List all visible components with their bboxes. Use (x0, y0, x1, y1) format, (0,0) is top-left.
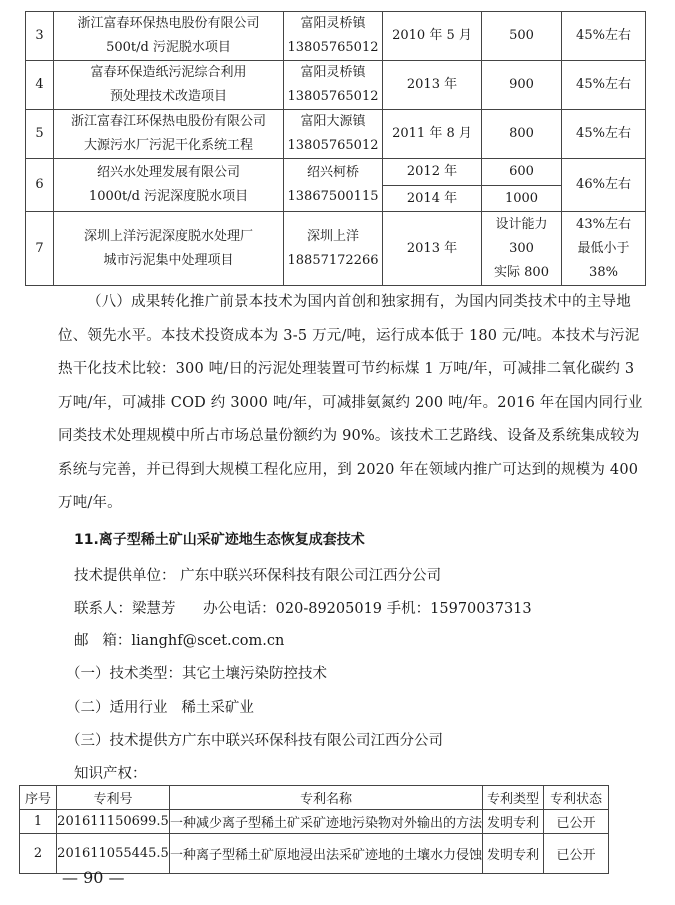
section-8-paragraph: （八）成果转化推广前景本技术为国内首创和独家拥有，为国内同类技术中的主导地位、领… (58, 286, 648, 521)
project-name: 富春环保造纸污泥综合利用预处理技术改造项目 (54, 61, 284, 110)
header-patent-name: 专利名称 (170, 786, 483, 810)
date: 2012 年 (383, 159, 482, 186)
tech-type-line: （一）技术类型：其它土壤污染防控技术 (66, 662, 327, 683)
provider-line: 技术提供单位： 广东中联兴环保科技有限公司江西分公司 (74, 564, 441, 585)
project-name: 深圳上洋污泥深度脱水处理厂城市污泥集中处理项目 (54, 212, 284, 286)
cell-patent-name: 一种离子型稀土矿原地浸出法采矿迹地的土壤水力侵蚀 (170, 834, 483, 874)
capacity: 900 (482, 61, 562, 110)
moisture: 46%左右 (562, 159, 646, 212)
supplier-line: （三）技术提供方广东中联兴环保科技有限公司江西分公司 (66, 729, 443, 750)
project-name: 浙江富春环保热电股份有限公司500t/d 污泥脱水项目 (54, 12, 284, 61)
cell-patent-name: 一种减少离子型稀土矿采矿迹地污染物对外输出的方法 (170, 810, 483, 834)
date: 2011 年 8 月 (383, 110, 482, 159)
capacity: 600 (482, 159, 562, 186)
table-header-row: 序号 专利号 专利名称 专利类型 专利状态 (20, 786, 609, 810)
row-number: 4 (26, 61, 54, 110)
table-row: 7 深圳上洋污泥深度脱水处理厂城市污泥集中处理项目 深圳上洋1885717226… (26, 212, 646, 286)
project-name: 绍兴水处理发展有限公司1000t/d 污泥深度脱水项目 (54, 159, 284, 212)
date: 2013 年 (383, 61, 482, 110)
table-row: 3 浙江富春环保热电股份有限公司500t/d 污泥脱水项目 富阳灵桥镇13805… (26, 12, 646, 61)
contact-line: 联系人：梁慧芳 办公电话：020-89205019 手机：15970037313 (74, 597, 532, 618)
table-row: 1 201611150699.5 一种减少离子型稀土矿采矿迹地污染物对外输出的方… (20, 810, 609, 834)
cell-no: 2 (20, 834, 57, 874)
project-name: 浙江富春江环保热电股份有限公司大源污水厂污泥干化系统工程 (54, 110, 284, 159)
header-no: 序号 (20, 786, 57, 810)
date: 2014 年 (383, 186, 482, 212)
row-number: 3 (26, 12, 54, 61)
row-number: 7 (26, 212, 54, 286)
cell-patent-status: 已公开 (544, 834, 609, 874)
cell-patent-no: 201611150699.5 (57, 810, 170, 834)
capacity: 500 (482, 12, 562, 61)
moisture: 43%左右最低小于38% (562, 212, 646, 286)
row-number: 6 (26, 159, 54, 212)
capacity: 800 (482, 110, 562, 159)
location: 富阳大源镇13805765012 (284, 110, 383, 159)
table-row: 6 绍兴水处理发展有限公司1000t/d 污泥深度脱水项目 绍兴柯桥138675… (26, 159, 646, 186)
table-row: 5 浙江富春江环保热电股份有限公司大源污水厂污泥干化系统工程 富阳大源镇1380… (26, 110, 646, 159)
date: 2013 年 (383, 212, 482, 286)
cell-patent-status: 已公开 (544, 810, 609, 834)
header-patent-no: 专利号 (57, 786, 170, 810)
cell-no: 1 (20, 810, 57, 834)
page-number: — 90 — (62, 868, 125, 887)
table-row: 4 富春环保造纸污泥综合利用预处理技术改造项目 富阳灵桥镇13805765012… (26, 61, 646, 110)
moisture: 45%左右 (562, 61, 646, 110)
location: 深圳上洋18857172266 (284, 212, 383, 286)
cell-patent-type: 发明专利 (483, 834, 544, 874)
capacity: 1000 (482, 186, 562, 212)
location: 富阳灵桥镇13805765012 (284, 12, 383, 61)
header-patent-type: 专利类型 (483, 786, 544, 810)
section-11-heading: 11.离子型稀土矿山采矿迹地生态恢复成套技术 (74, 529, 365, 549)
patent-table: 序号 专利号 专利名称 专利类型 专利状态 1 201611150699.5 一… (19, 785, 609, 874)
moisture: 45%左右 (562, 12, 646, 61)
capacity: 设计能力300实际 800 (482, 212, 562, 286)
location: 富阳灵桥镇13805765012 (284, 61, 383, 110)
project-table: 3 浙江富春环保热电股份有限公司500t/d 污泥脱水项目 富阳灵桥镇13805… (25, 11, 646, 286)
cell-patent-type: 发明专利 (483, 810, 544, 834)
header-patent-status: 专利状态 (544, 786, 609, 810)
ip-label: 知识产权： (74, 762, 147, 783)
date: 2010 年 5 月 (383, 12, 482, 61)
industry-line: （二）适用行业 稀土采矿业 (66, 696, 254, 717)
row-number: 5 (26, 110, 54, 159)
location: 绍兴柯桥13867500115 (284, 159, 383, 212)
email-line: 邮 箱：lianghf@scet.com.cn (74, 629, 284, 650)
moisture: 45%左右 (562, 110, 646, 159)
